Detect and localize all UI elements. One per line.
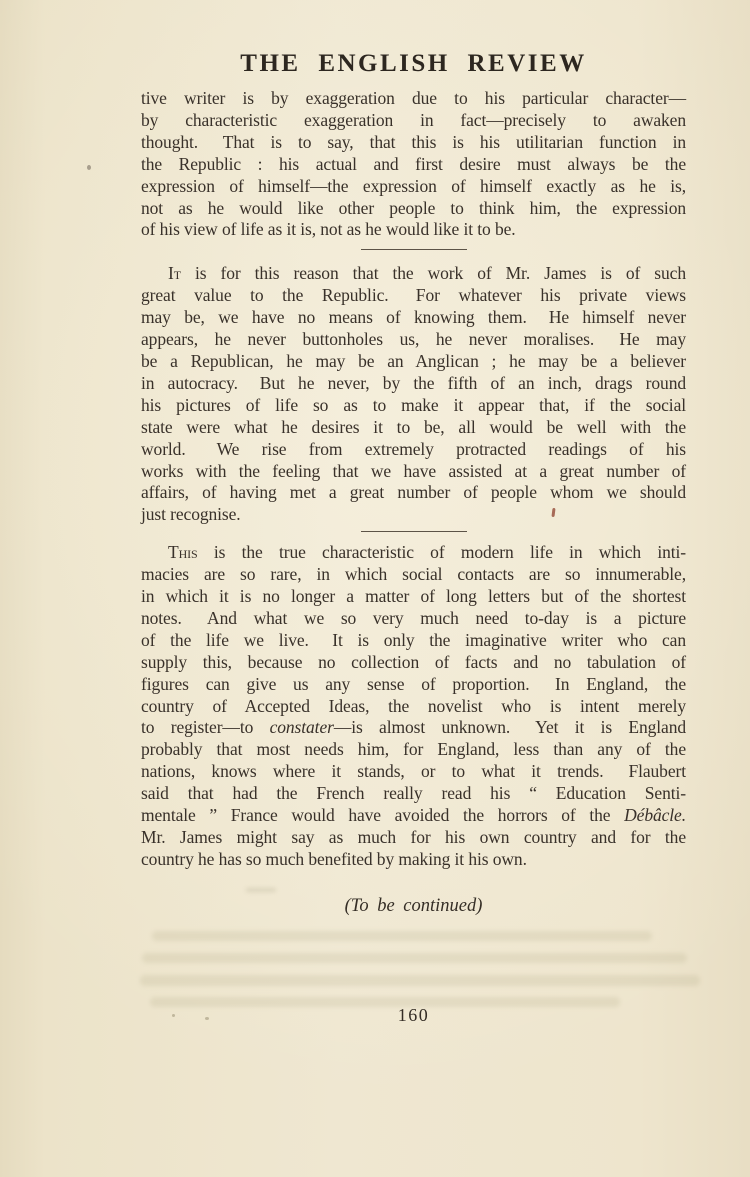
text-segment: notes. And what we so very much need to-… xyxy=(141,608,686,628)
text-line: his pictures of life so as to make it ap… xyxy=(141,395,686,417)
text-line: mentale ” France would have avoided the … xyxy=(141,805,686,827)
ink-fleck xyxy=(87,165,91,170)
text-segment: his pictures of life so as to make it ap… xyxy=(141,395,686,415)
text-segment: of the life we live. It is only the imag… xyxy=(141,630,686,650)
paragraph: It is for this reason that the work of M… xyxy=(141,263,686,526)
text-segment: be a Republican, he may be an Anglican ;… xyxy=(141,351,686,371)
text-line: in autocracy. But he never, by the fifth… xyxy=(141,373,686,395)
text-segment: world. We rise from extremely protracted… xyxy=(141,439,686,459)
smallcaps-text: This xyxy=(168,542,198,562)
section-divider xyxy=(361,531,467,532)
text-segment: country he has so much benefited by maki… xyxy=(141,849,527,869)
text-segment: said that had the French really read his… xyxy=(141,783,686,803)
text-line: world. We rise from extremely protracted… xyxy=(141,439,686,461)
text-line: It is for this reason that the work of M… xyxy=(141,263,686,285)
italic-text: constater xyxy=(270,717,334,737)
text-line: great value to the Republic. For whateve… xyxy=(141,285,686,307)
text-line: in which it is no longer a matter of lon… xyxy=(141,586,686,608)
text-line: country he has so much benefited by maki… xyxy=(141,849,686,871)
text-line: affairs, of having met a great number of… xyxy=(141,482,686,504)
ink-fleck xyxy=(205,1017,209,1020)
scanned-book-page: THE ENGLISH REVIEW tive writer is by exa… xyxy=(0,0,750,1177)
ink-fleck xyxy=(172,1014,175,1017)
text-line: expression of himself—the expression of … xyxy=(141,176,686,198)
paragraph: This is the true characteristic of moder… xyxy=(141,542,686,871)
text-segment: may be, we have no means of knowing them… xyxy=(141,307,686,327)
text-segment: country of Accepted Ideas, the novelist … xyxy=(141,696,686,716)
smallcaps-text: It xyxy=(168,263,181,283)
text-column: THE ENGLISH REVIEW tive writer is by exa… xyxy=(141,0,686,1026)
text-line: to register—to constater—is almost unkno… xyxy=(141,717,686,739)
text-segment: in autocracy. But he never, by the fifth… xyxy=(141,373,686,393)
text-line: notes. And what we so very much need to-… xyxy=(141,608,686,630)
text-line: supply this, because no collection of fa… xyxy=(141,652,686,674)
text-line: the Republic : his actual and first desi… xyxy=(141,154,686,176)
body-text: tive writer is by exaggeration due to hi… xyxy=(141,88,686,871)
text-segment: affairs, of having met a great number of… xyxy=(141,482,686,502)
text-line: tive writer is by exaggeration due to hi… xyxy=(141,88,686,110)
continuation-note: (To be continued) xyxy=(141,896,686,917)
text-segment: supply this, because no collection of fa… xyxy=(141,652,686,672)
italic-text: Débâcle. xyxy=(624,805,686,825)
text-line: state were what he desires it to be, all… xyxy=(141,417,686,439)
text-segment: tive writer is by exaggeration due to hi… xyxy=(141,88,686,108)
text-segment: probably that most needs him, for Englan… xyxy=(141,739,686,759)
text-segment: mentale ” France would have avoided the … xyxy=(141,805,624,825)
text-line: macies are so rare, in which social cont… xyxy=(141,564,686,586)
text-segment: state were what he desires it to be, all… xyxy=(141,417,686,437)
text-line: This is the true characteristic of moder… xyxy=(141,542,686,564)
text-segment: is for this reason that the work of Mr. … xyxy=(181,263,686,283)
text-segment: just recognise. xyxy=(141,504,241,524)
text-line: works with the feeling that we have assi… xyxy=(141,461,686,483)
text-line: by characteristic exaggeration in fact—p… xyxy=(141,110,686,132)
text-segment: by characteristic exaggeration in fact—p… xyxy=(141,110,686,130)
text-segment: Mr. James might say as much for his own … xyxy=(141,827,686,847)
text-segment: expression of himself—the expression of … xyxy=(141,176,686,196)
text-line: be a Republican, he may be an Anglican ;… xyxy=(141,351,686,373)
text-line: just recognise. xyxy=(141,504,686,526)
text-segment: macies are so rare, in which social cont… xyxy=(141,564,686,584)
text-segment: figures can give us any sense of proport… xyxy=(141,674,686,694)
text-line: may be, we have no means of knowing them… xyxy=(141,307,686,329)
text-line: figures can give us any sense of proport… xyxy=(141,674,686,696)
section-divider xyxy=(361,249,467,250)
text-segment: works with the feeling that we have assi… xyxy=(141,461,686,481)
text-segment: nations, knows where it stands, or to wh… xyxy=(141,761,686,781)
text-line: said that had the French really read his… xyxy=(141,783,686,805)
text-segment: great value to the Republic. For whateve… xyxy=(141,285,686,305)
page-number: 160 xyxy=(141,1005,686,1026)
text-segment: —is almost unknown. Yet it is England xyxy=(334,717,686,737)
text-segment: thought. That is to say, that this is hi… xyxy=(141,132,686,152)
text-line: nations, knows where it stands, or to wh… xyxy=(141,761,686,783)
text-segment: is the true characteristic of modern lif… xyxy=(198,542,686,562)
text-segment: to register—to xyxy=(141,717,270,737)
text-line: of the life we live. It is only the imag… xyxy=(141,630,686,652)
text-segment: the Republic : his actual and first desi… xyxy=(141,154,686,174)
text-segment: of his view of life as it is, not as he … xyxy=(141,219,516,239)
text-segment: in which it is no longer a matter of lon… xyxy=(141,586,686,606)
text-line: Mr. James might say as much for his own … xyxy=(141,827,686,849)
text-line: of his view of life as it is, not as he … xyxy=(141,219,686,241)
text-line: country of Accepted Ideas, the novelist … xyxy=(141,696,686,718)
text-line: appears, he never buttonholes us, he nev… xyxy=(141,329,686,351)
page-title: THE ENGLISH REVIEW xyxy=(141,49,686,78)
text-line: thought. That is to say, that this is hi… xyxy=(141,132,686,154)
text-segment: appears, he never buttonholes us, he nev… xyxy=(141,329,686,349)
text-line: not as he would like other people to thi… xyxy=(141,198,686,220)
paragraph: tive writer is by exaggeration due to hi… xyxy=(141,88,686,241)
text-segment: not as he would like other people to thi… xyxy=(141,198,686,218)
text-line: probably that most needs him, for Englan… xyxy=(141,739,686,761)
